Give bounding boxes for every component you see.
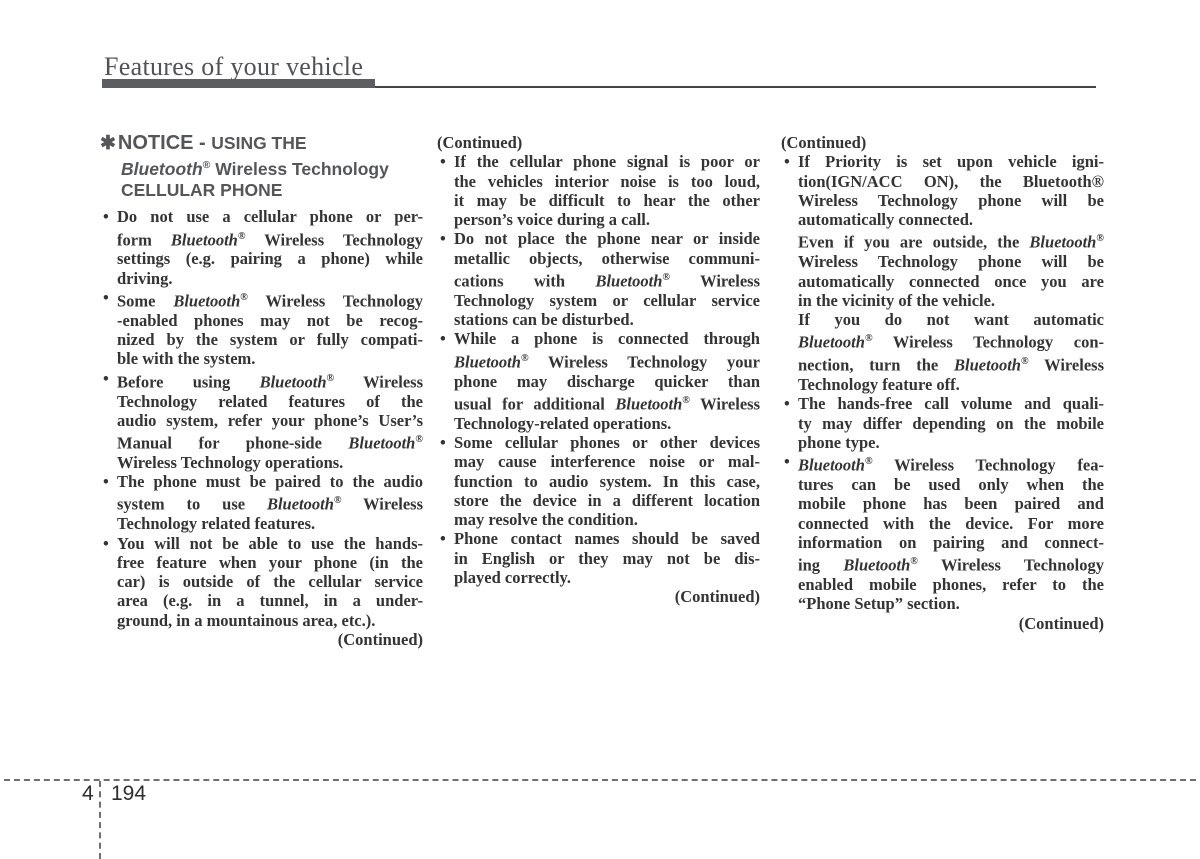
- text-line: tion(IGN/ACC ON), the Bluetooth®: [798, 172, 1104, 191]
- text-line: may resolve the condition.: [454, 510, 760, 529]
- bullet-icon: •: [440, 329, 446, 348]
- bullet-icon: •: [103, 207, 109, 226]
- text-line: connected with the device. For more: [798, 514, 1104, 533]
- text-line: area (e.g. in a tunnel, in a under-: [117, 591, 423, 610]
- bullet-icon: •: [440, 433, 446, 452]
- text-line: If the cellular phone signal is poor or: [454, 152, 760, 171]
- text-line: it may be difficult to hear the other: [454, 191, 760, 210]
- notice-title: NOTICE -: [118, 132, 206, 154]
- asterisk-icon: ✱: [100, 133, 116, 154]
- text-line: Bluetooth® Wireless Technology your: [454, 349, 760, 372]
- bullet-icon: •: [784, 152, 790, 171]
- bullet-icon: •: [103, 472, 109, 491]
- page-number: 194: [111, 782, 146, 806]
- text-line: enabled mobile phones, refer to the: [798, 575, 1104, 594]
- bullet-item: •The hands-free call volume and quali-ty…: [781, 394, 1104, 452]
- text-line: “Phone Setup” section.: [798, 594, 1104, 613]
- continued-label-bottom: (Continued): [437, 587, 760, 606]
- text-line: automatically connected.: [798, 210, 1104, 229]
- text-line: function to audio system. In this case,: [454, 472, 760, 491]
- text-line: ing Bluetooth® Wireless Technology: [798, 552, 1104, 575]
- notice-heading-line2-rest: Wireless Technology: [210, 158, 388, 178]
- text-line: stations can be disturbed.: [454, 310, 760, 329]
- bluetooth-brand: Bluetooth: [121, 158, 203, 178]
- bullet-item: •Do not use a cellular phone or per-form…: [100, 207, 423, 288]
- text-line: phone type.: [798, 433, 1104, 452]
- text-line: store the device in a different location: [454, 491, 760, 510]
- notice-heading-line1: ✱NOTICE - USING THE: [100, 133, 423, 155]
- text-line: Technology-related operations.: [454, 414, 760, 433]
- text-line: metallic objects, otherwise communi-: [454, 249, 760, 268]
- bullet-item: •Some Bluetooth® Wireless Technology-ena…: [100, 288, 423, 369]
- bullet-item: •If Priority is set upon vehicle igni-ti…: [781, 152, 1104, 229]
- text-line: settings (e.g. pairing a phone) while: [117, 249, 423, 268]
- bullet-icon: •: [103, 369, 109, 388]
- text-line: -enabled phones may not be recog-: [117, 311, 423, 330]
- text-column-3: (Continued)•If Priority is set upon vehi…: [781, 133, 1104, 633]
- text-line: in English or they may not be dis-: [454, 549, 760, 568]
- text-line: ground, in a mountainous area, etc.).: [117, 611, 423, 630]
- text-line: While a phone is connected through: [454, 329, 760, 348]
- text-line: phone may discharge quicker than: [454, 372, 760, 391]
- paragraph-continuation: Even if you are outside, the Bluetooth®W…: [781, 229, 1104, 310]
- text-line: Technology related features.: [117, 514, 423, 533]
- text-line: Phone contact names should be saved: [454, 529, 760, 548]
- header-rule-thick: [102, 79, 375, 88]
- text-line: Wireless Technology phone will be: [798, 191, 1104, 210]
- bullet-icon: •: [784, 394, 790, 413]
- text-line: Some cellular phones or other devices: [454, 433, 760, 452]
- text-line: Wireless Technology operations.: [117, 453, 423, 472]
- text-line: Bluetooth® Wireless Technology con-: [798, 329, 1104, 352]
- text-line: nection, turn the Bluetooth® Wireless: [798, 352, 1104, 375]
- text-column-2: (Continued)•If the cellular phone signal…: [437, 133, 760, 607]
- text-line: mobile phone has been paired and: [798, 494, 1104, 513]
- text-line: driving.: [117, 269, 423, 288]
- bullet-item: •Some cellular phones or other devicesma…: [437, 433, 760, 529]
- text-line: played correctly.: [454, 568, 760, 587]
- text-line: Even if you are outside, the Bluetooth®: [798, 229, 1104, 252]
- text-line: information on pairing and connect-: [798, 533, 1104, 552]
- text-line: car) is outside of the cellular service: [117, 572, 423, 591]
- bullet-icon: •: [440, 229, 446, 248]
- text-line: Some Bluetooth® Wireless Technology: [117, 288, 423, 311]
- continued-label-top: (Continued): [437, 133, 760, 152]
- text-line: Wireless Technology phone will be: [798, 252, 1104, 271]
- text-column-1: ✱NOTICE - USING THE Bluetooth® Wireless …: [100, 133, 423, 649]
- bullet-icon: •: [103, 288, 109, 307]
- text-line: in the vicinity of the vehicle.: [798, 291, 1104, 310]
- text-line: Do not place the phone near or inside: [454, 229, 760, 248]
- bullet-item: •Phone contact names should be savedin E…: [437, 529, 760, 587]
- continued-label-bottom: (Continued): [100, 630, 423, 649]
- text-line: Before using Bluetooth® Wireless: [117, 369, 423, 392]
- bullet-icon: •: [103, 534, 109, 553]
- bullet-icon: •: [440, 529, 446, 548]
- bullet-item: •The phone must be paired to the audiosy…: [100, 472, 423, 533]
- text-line: Technology feature off.: [798, 375, 1104, 394]
- text-line: free feature when your phone (in the: [117, 553, 423, 572]
- text-line: If you do not want automatic: [798, 310, 1104, 329]
- bullet-item: •Do not place the phone near or insideme…: [437, 229, 760, 329]
- text-line: ty may differ depending on the mobile: [798, 414, 1104, 433]
- text-line: form Bluetooth® Wireless Technology: [117, 227, 423, 250]
- text-line: person’s voice during a call.: [454, 210, 760, 229]
- notice-heading-line2: Bluetooth® Wireless Technology: [100, 155, 423, 180]
- text-line: Technology related features of the: [117, 392, 423, 411]
- footer-dashed-divider: [99, 781, 101, 859]
- text-line: system to use Bluetooth® Wireless: [117, 491, 423, 514]
- text-line: cations with Bluetooth® Wireless: [454, 268, 760, 291]
- text-line: You will not be able to use the hands-: [117, 534, 423, 553]
- text-line: nized by the system or fully compati-: [117, 330, 423, 349]
- text-line: If Priority is set upon vehicle igni-: [798, 152, 1104, 171]
- bullet-item: •You will not be able to use the hands-f…: [100, 534, 423, 630]
- text-line: usual for additional Bluetooth® Wireless: [454, 391, 760, 414]
- bullet-item: •Before using Bluetooth® WirelessTechnol…: [100, 369, 423, 472]
- page-title: Features of your vehicle: [104, 52, 363, 82]
- bullet-item: •While a phone is connected throughBluet…: [437, 329, 760, 432]
- continued-label-bottom: (Continued): [781, 614, 1104, 633]
- text-line: tures can be used only when the: [798, 475, 1104, 494]
- text-line: the vehicles interior noise is too loud,: [454, 172, 760, 191]
- continued-label-top: (Continued): [781, 133, 1104, 152]
- text-line: Manual for phone-side Bluetooth®: [117, 430, 423, 453]
- bullet-icon: •: [440, 152, 446, 171]
- bullet-item: •If the cellular phone signal is poor or…: [437, 152, 760, 229]
- text-line: audio system, refer your phone’s User’s: [117, 411, 423, 430]
- paragraph-continuation: If you do not want automaticBluetooth® W…: [781, 310, 1104, 394]
- bullet-item: •Bluetooth® Wireless Technology fea-ture…: [781, 452, 1104, 613]
- text-line: Technology system or cellular service: [454, 291, 760, 310]
- notice-heading: ✱NOTICE - USING THE Bluetooth® Wireless …: [100, 133, 423, 201]
- notice-heading-line3: CELLULAR PHONE: [100, 180, 423, 202]
- text-line: Do not use a cellular phone or per-: [117, 207, 423, 226]
- text-line: Bluetooth® Wireless Technology fea-: [798, 452, 1104, 475]
- section-number: 4: [82, 782, 94, 806]
- text-line: The phone must be paired to the audio: [117, 472, 423, 491]
- notice-subtitle: USING THE: [211, 133, 306, 153]
- bullet-icon: •: [784, 452, 790, 471]
- text-line: The hands-free call volume and quali-: [798, 394, 1104, 413]
- footer-dashed-rule: [4, 779, 1196, 781]
- text-line: may cause interference noise or mal-: [454, 452, 760, 471]
- text-line: ble with the system.: [117, 349, 423, 368]
- text-line: automatically connected once you are: [798, 272, 1104, 291]
